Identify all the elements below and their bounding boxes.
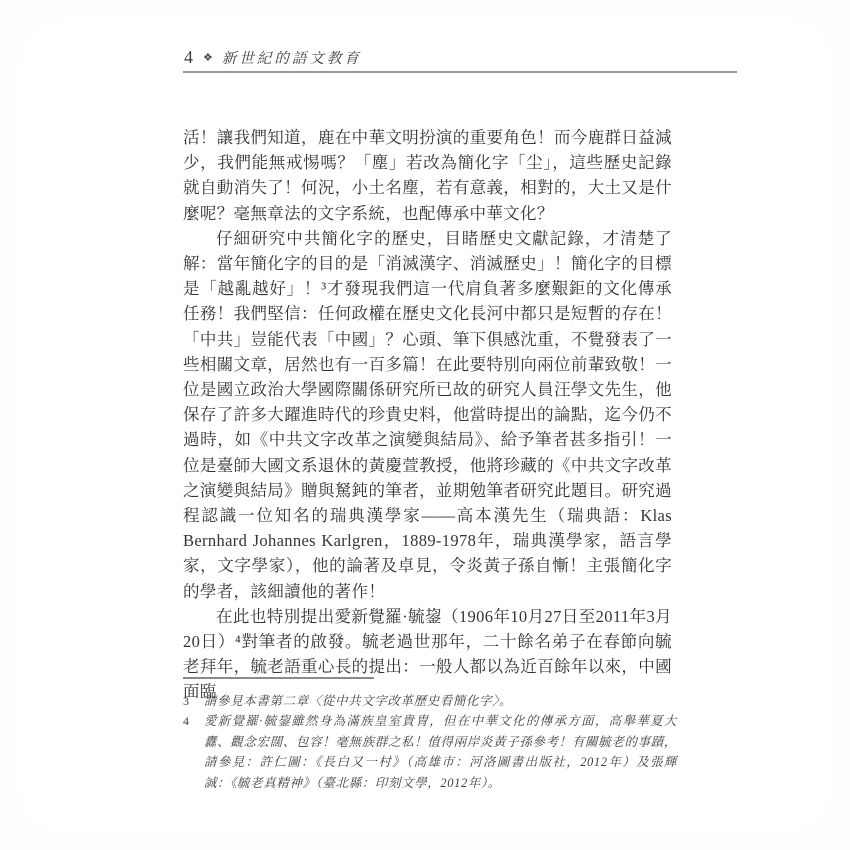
main-text-block: 活！讓我們知道，鹿在中華文明扮演的重要角色！而今鹿群日益減少，我們能無戒惕嗎？「…: [183, 125, 672, 705]
page-number: 4: [184, 47, 193, 68]
footnote-separator-rule: [183, 677, 374, 679]
paragraph-continuation: 活！讓我們知道，鹿在中華文明扮演的重要角色！而今鹿群日益減少，我們能無戒惕嗎？「…: [183, 125, 672, 226]
footnote-text: 請參見本書第二章〈從中共文字改革歷史看簡化字〉。: [204, 691, 677, 711]
paragraph: 在此也特別提出愛新覺羅·毓鋆（1906年10月27日至2011年3月20日）⁴對…: [183, 604, 672, 705]
footnote-text: 愛新覺羅·毓鋆雖然身為滿族皇室貴冑，但在中華文化的傳承方面，高舉華夏大纛、觀念宏…: [204, 711, 677, 793]
diamond-ornament-icon: ❖: [203, 51, 213, 64]
footnotes-block: 3 請參見本書第二章〈從中共文字改革歷史看簡化字〉。 4 愛新覺羅·毓鋆雖然身為…: [183, 691, 677, 793]
book-page: 4 ❖ 新世紀的語文教育 活！讓我們知道，鹿在中華文明扮演的重要角色！而今鹿群日…: [0, 0, 850, 850]
header-rule: [183, 71, 737, 73]
footnote: 4 愛新覺羅·毓鋆雖然身為滿族皇室貴冑，但在中華文化的傳承方面，高舉華夏大纛、觀…: [183, 711, 677, 793]
paragraph: 仔細研究中共簡化字的歷史，目睹歷史文獻記錄，才清楚了解：當年簡化字的目的是「消滅…: [183, 226, 672, 604]
running-header: 4 ❖ 新世紀的語文教育: [184, 47, 362, 68]
footnote-number: 4: [183, 711, 204, 731]
running-head-book-title: 新世紀的語文教育: [222, 47, 362, 68]
footnote: 3 請參見本書第二章〈從中共文字改革歷史看簡化字〉。: [183, 691, 677, 711]
footnote-number: 3: [183, 691, 204, 711]
